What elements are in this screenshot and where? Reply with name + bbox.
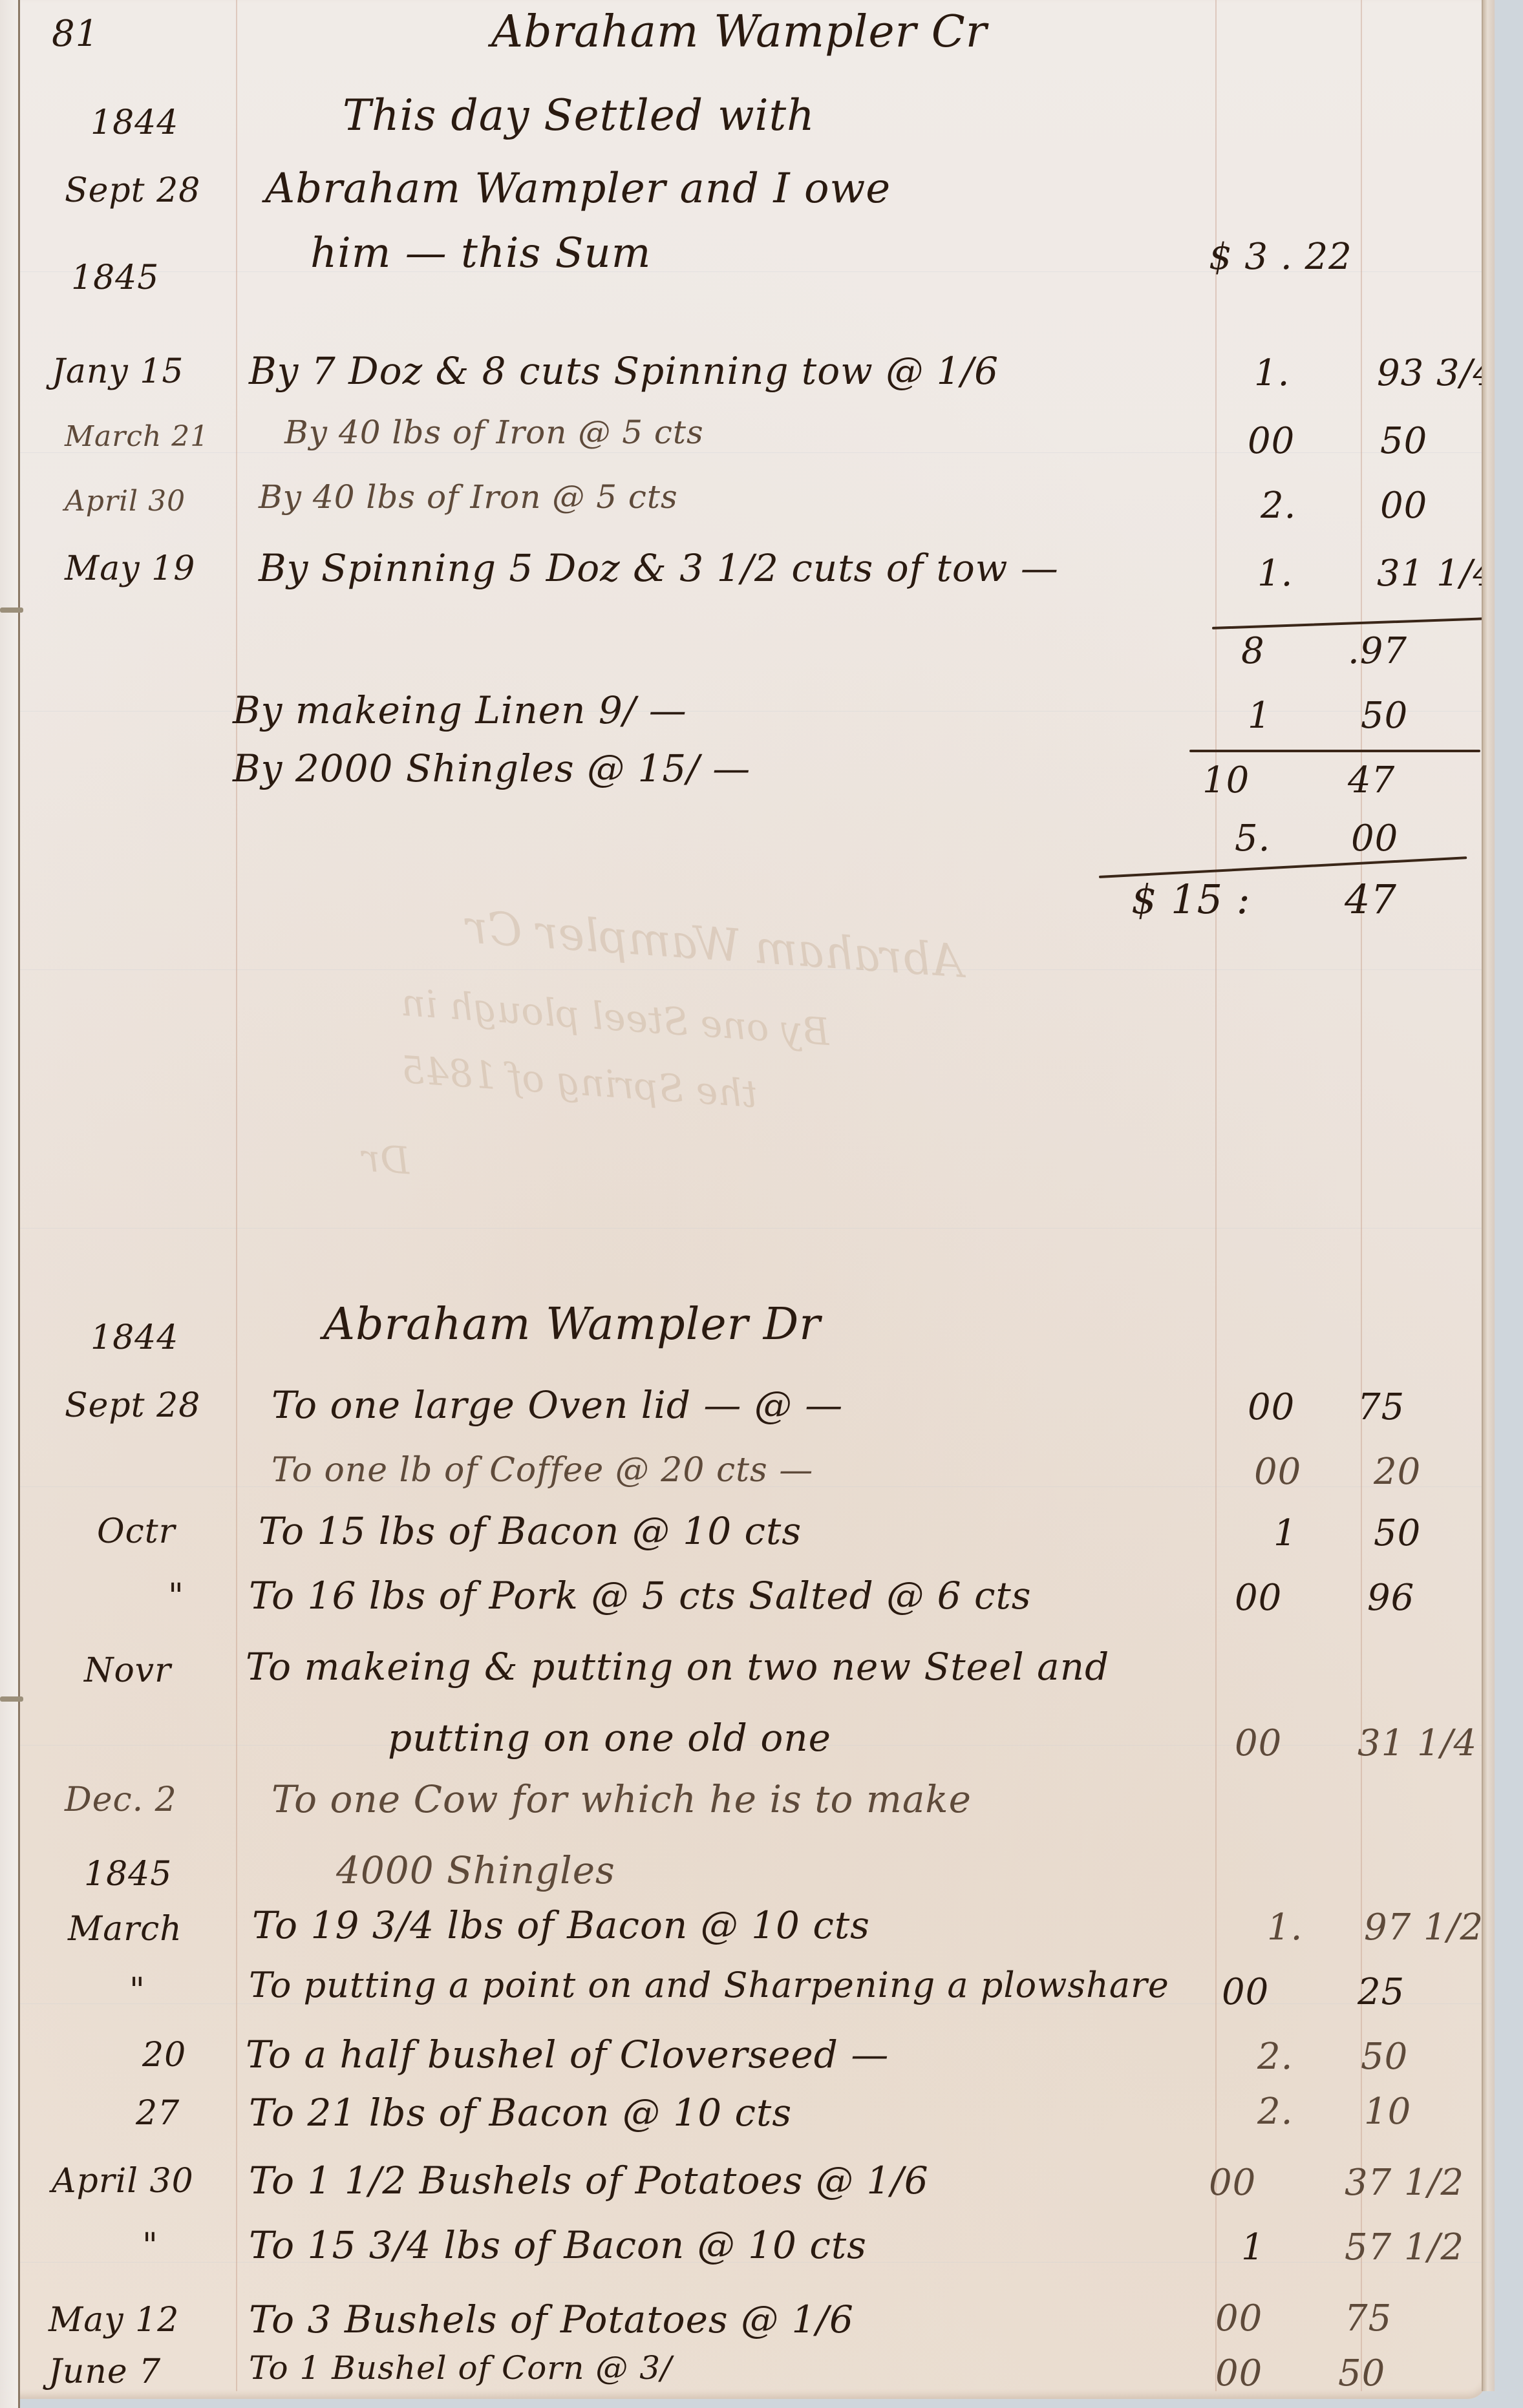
debit-entry-description: To 15 3/4 lbs of Bacon @ 10 cts — [249, 2223, 867, 2267]
debit-entry-description: To 15 lbs of Bacon @ 10 cts — [259, 1509, 802, 1553]
settlement-date: Sept 28 — [65, 171, 200, 210]
credit-entry-date: Jany 15 — [52, 352, 184, 391]
credit-entry-description: By 7 Doz & 8 cuts Spinning tow @ 1/6 — [249, 349, 999, 393]
credit-entry-description: By Spinning 5 Doz & 3 1/2 cuts of tow — — [259, 546, 1059, 590]
debit-entry-cents: 20 — [1374, 1451, 1421, 1493]
settlement-line: him — this Sum — [310, 229, 651, 277]
debit-entry-cents: 50 — [1374, 1512, 1421, 1554]
credit-entry-dollars: 00 — [1248, 420, 1295, 462]
debit-entry-dollars: 1 — [1241, 2226, 1265, 2268]
debit-entry-cents: 31 1/4 — [1358, 1722, 1477, 1764]
credit-extra-description: By makeing Linen 9/ — — [233, 688, 687, 732]
debit-entry-dollars: 00 — [1215, 2297, 1262, 2339]
debit-entry-date: Sept 28 — [65, 1386, 200, 1425]
credit-entry-dollars: 2. — [1261, 485, 1296, 527]
credit-running-total-cents: 47 — [1348, 759, 1395, 801]
shingles-amount-dollars: 5. — [1235, 818, 1270, 860]
credit-entry-description: By 40 lbs of Iron @ 5 cts — [284, 414, 704, 451]
debit-entry-description: To 3 Bushels of Potatoes @ 1/6 — [249, 2297, 854, 2341]
settlement-line: This day Settled with — [343, 90, 815, 140]
debit-entry-description: To putting a point on and Sharpening a p… — [249, 1965, 1169, 2005]
sum-underline — [1212, 617, 1484, 629]
debit-entry-date: June 7 — [48, 2352, 161, 2391]
debit-entry-dollars: 1. — [1267, 1906, 1303, 1949]
date-column-rule — [236, 0, 237, 2391]
debit-entry-cents: 75 — [1358, 1386, 1405, 1428]
credit-extra-dollars: 1 — [1248, 695, 1272, 737]
debit-entry-description: To 1 1/2 Bushels of Potatoes @ 1/6 — [249, 2159, 929, 2202]
debit-entry-dollars: 2. — [1257, 2036, 1293, 2078]
debit-entry-dollars: 00 — [1209, 2162, 1256, 2204]
debit-entry-dollars: 00 — [1254, 1451, 1301, 1493]
settlement-year: 1844 — [91, 103, 178, 142]
debit-entry-dollars: 00 — [1222, 1971, 1269, 2013]
page-number: 81 — [52, 13, 99, 55]
shingles-amount-cents: 00 — [1351, 818, 1398, 860]
debit-entry-description: To 21 lbs of Bacon @ 10 cts — [249, 2091, 792, 2135]
credit-year-label: 1845 — [71, 259, 159, 297]
debit-entry-date: 1845 — [84, 1855, 172, 1894]
settlement-amount: $ 3 . 22 — [1209, 236, 1352, 278]
debit-heading: Abraham Wampler Dr — [323, 1299, 821, 1350]
cents-column-rule — [1361, 0, 1362, 2391]
bleed-through-text: the Spring of 1845 — [399, 1048, 758, 1116]
debit-entry-date: March — [68, 1910, 182, 1949]
debit-entry-dollars: 1 — [1273, 1512, 1297, 1554]
settlement-line: Abraham Wampler and I owe — [265, 165, 891, 213]
debit-entry-description: To 1 Bushel of Corn @ 3/ — [249, 2349, 672, 2387]
debit-entry-cents: 37 1/2 — [1345, 2162, 1464, 2204]
debit-entry-date: " — [168, 1577, 184, 1616]
credit-extra-cents: 50 — [1361, 695, 1408, 737]
credit-grand-total-dollars: $ 15 : — [1131, 876, 1251, 923]
credit-subtotal-dollars: 8 — [1241, 630, 1265, 672]
debit-entry-description: To one large Oven lid — @ — — [272, 1383, 843, 1427]
debit-entry-cents: 97 1/2 — [1364, 1906, 1484, 1949]
credit-entry-cents: 93 3/4 — [1377, 352, 1496, 394]
debit-entry-cents: 10 — [1364, 2091, 1411, 2133]
debit-entry-cents: 96 — [1367, 1577, 1414, 1619]
debit-entry-cents: 75 — [1345, 2297, 1392, 2339]
credit-entry-cents: 31 1/4 — [1377, 553, 1496, 595]
credit-entry-dollars: 1. — [1254, 352, 1290, 394]
sum-underline — [1189, 750, 1480, 752]
debit-entry-date: Novr — [84, 1651, 171, 1690]
debit-entry-date: Dec. 2 — [65, 1780, 177, 1819]
credit-extra-description: By 2000 Shingles @ 15/ — — [233, 746, 751, 790]
debit-entry-description: To makeing & putting on two new Steel an… — [246, 1645, 1109, 1689]
credit-entry-cents: 00 — [1380, 485, 1427, 527]
credit-grand-total-cents: 47 — [1345, 876, 1397, 923]
debit-entry-date: " — [129, 1971, 145, 2010]
binding-stitch — [0, 1696, 23, 1702]
debit-entry-date: 27 — [136, 2094, 180, 2133]
debit-entry-dollars: 00 — [1215, 2352, 1262, 2394]
debit-year: 1844 — [91, 1318, 178, 1357]
debit-entry-date: Octr — [97, 1512, 176, 1551]
binding-margin — [0, 0, 20, 2408]
debit-entry-dollars: 2. — [1257, 2091, 1293, 2133]
debit-entry-description: 4000 Shingles — [336, 1848, 615, 1892]
debit-entry-cents: 57 1/2 — [1345, 2226, 1464, 2268]
bleed-through-text: Abraham Wampler Cr — [464, 900, 965, 988]
credit-entry-date: March 21 — [65, 420, 209, 453]
dollars-column-rule — [1215, 0, 1217, 2391]
debit-entry-description: To 16 lbs of Pork @ 5 cts Salted @ 6 cts — [249, 1574, 1032, 1618]
credit-entry-dollars: 1. — [1257, 553, 1293, 595]
debit-entry-cents: 25 — [1358, 1971, 1405, 2013]
credit-heading: Abraham Wampler Cr — [491, 6, 987, 58]
debit-entry-date: April 30 — [52, 2162, 194, 2201]
sum-underline — [1099, 856, 1467, 878]
debit-entry-date: 20 — [142, 2036, 186, 2075]
debit-entry-description: putting on one old one — [388, 1716, 831, 1760]
debit-entry-description: To a half bushel of Cloverseed — — [246, 2033, 889, 2076]
credit-entry-date: May 19 — [65, 549, 195, 588]
debit-entry-description: To one Cow for which he is to make — [272, 1777, 972, 1821]
credit-entry-description: By 40 lbs of Iron @ 5 cts — [259, 478, 678, 516]
debit-entry-cents: 50 — [1361, 2036, 1408, 2078]
credit-entry-cents: 50 — [1380, 420, 1427, 462]
credit-entry-date: April 30 — [65, 485, 186, 518]
credit-running-total-dollars: 10 — [1202, 759, 1250, 801]
bleed-through-text: By one Steel plough in — [399, 980, 831, 1054]
ledger-page: Abraham Wampler Cr By one Steel plough i… — [0, 0, 1487, 2399]
debit-entry-description: To 19 3/4 lbs of Bacon @ 10 cts — [252, 1903, 870, 1947]
debit-entry-date: May 12 — [48, 2301, 179, 2339]
debit-entry-description: To one lb of Coffee @ 20 cts — — [272, 1451, 813, 1490]
credit-subtotal-cents: .97 — [1348, 630, 1407, 672]
bleed-through-text: Dr — [361, 1135, 412, 1183]
page-edge — [1482, 0, 1495, 2391]
debit-entry-date: " — [142, 2226, 158, 2265]
debit-entry-dollars: 00 — [1235, 1577, 1282, 1619]
ruled-line — [0, 1228, 1487, 1229]
debit-entry-cents: 50 — [1338, 2352, 1385, 2394]
binding-stitch — [0, 607, 23, 613]
debit-entry-dollars: 00 — [1248, 1386, 1295, 1428]
debit-entry-dollars: 00 — [1235, 1722, 1282, 1764]
